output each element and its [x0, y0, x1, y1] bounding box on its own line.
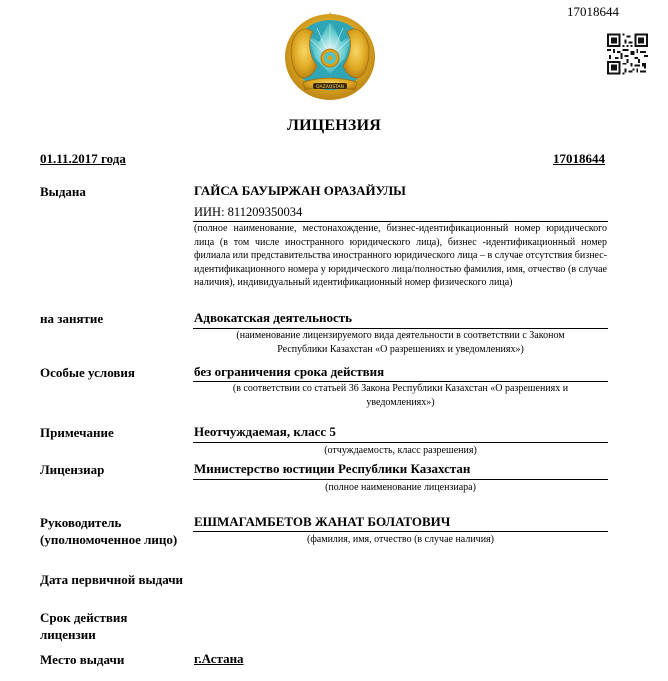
issued-to-label: Выдана [40, 183, 86, 200]
svg-text:QAZAQSTAN: QAZAQSTAN [316, 84, 344, 90]
activity-value: Адвокатская деятельность [194, 310, 607, 326]
note-label: Примечание [40, 424, 114, 441]
divider [193, 531, 608, 532]
special-conditions-value: без ограничения срока действия [194, 364, 607, 380]
head-label-line1: Руководитель [40, 514, 177, 531]
licensor-label: Лицензиар [40, 461, 104, 478]
document-title: ЛИЦЕНЗИЯ [0, 117, 668, 135]
head-value: ЕШМАГАМБЕТОВ ЖАНАТ БОЛАТОВИЧ [194, 514, 607, 530]
state-emblem-icon: QAZAQSTAN [283, 12, 377, 102]
first-issue-date-label: Дата первичной выдачи [40, 571, 183, 588]
note-hint: (отчуждаемость, класс разрешения) [193, 444, 608, 458]
divider [193, 442, 608, 443]
issue-date: 01.11.2017 года [40, 151, 126, 167]
divider [193, 479, 608, 480]
activity-hint: (наименование лицензируемого вида деятел… [193, 329, 608, 356]
head-label: Руководитель (уполномоченное лицо) [40, 514, 177, 548]
licensee-name: ГАЙСА БАУЫРЖАН ОРАЗАЙУЛЫ [194, 183, 607, 199]
validity-label-line2: лицензии [40, 626, 127, 643]
license-number: 17018644 [553, 151, 605, 167]
place-value: г.Астана [194, 651, 244, 667]
validity-label-line1: Срок действия [40, 609, 127, 626]
licensor-value: Министерство юстиции Республики Казахста… [194, 461, 607, 477]
place-label: Место выдачи [40, 651, 124, 668]
issued-to-hint: (полное наименование, местонахождение, б… [194, 222, 607, 290]
special-conditions-hint: (в соответствии со статьей 36 Закона Рес… [193, 382, 608, 409]
document-number-top: 17018644 [567, 4, 619, 20]
validity-label: Срок действия лицензии [40, 609, 127, 643]
licensor-hint: (полное наименование лицензиара) [193, 481, 608, 495]
activity-label: на занятие [40, 310, 103, 327]
head-label-line2: (уполномоченное лицо) [40, 531, 177, 548]
special-conditions-label: Особые условия [40, 364, 135, 381]
licensee-iin: ИИН: 811209350034 [194, 205, 302, 220]
note-value: Неотчуждаемая, класс 5 [194, 424, 607, 440]
qr-code-icon [607, 33, 648, 75]
head-hint: (фамилия, имя, отчество (в случае наличи… [193, 533, 608, 547]
